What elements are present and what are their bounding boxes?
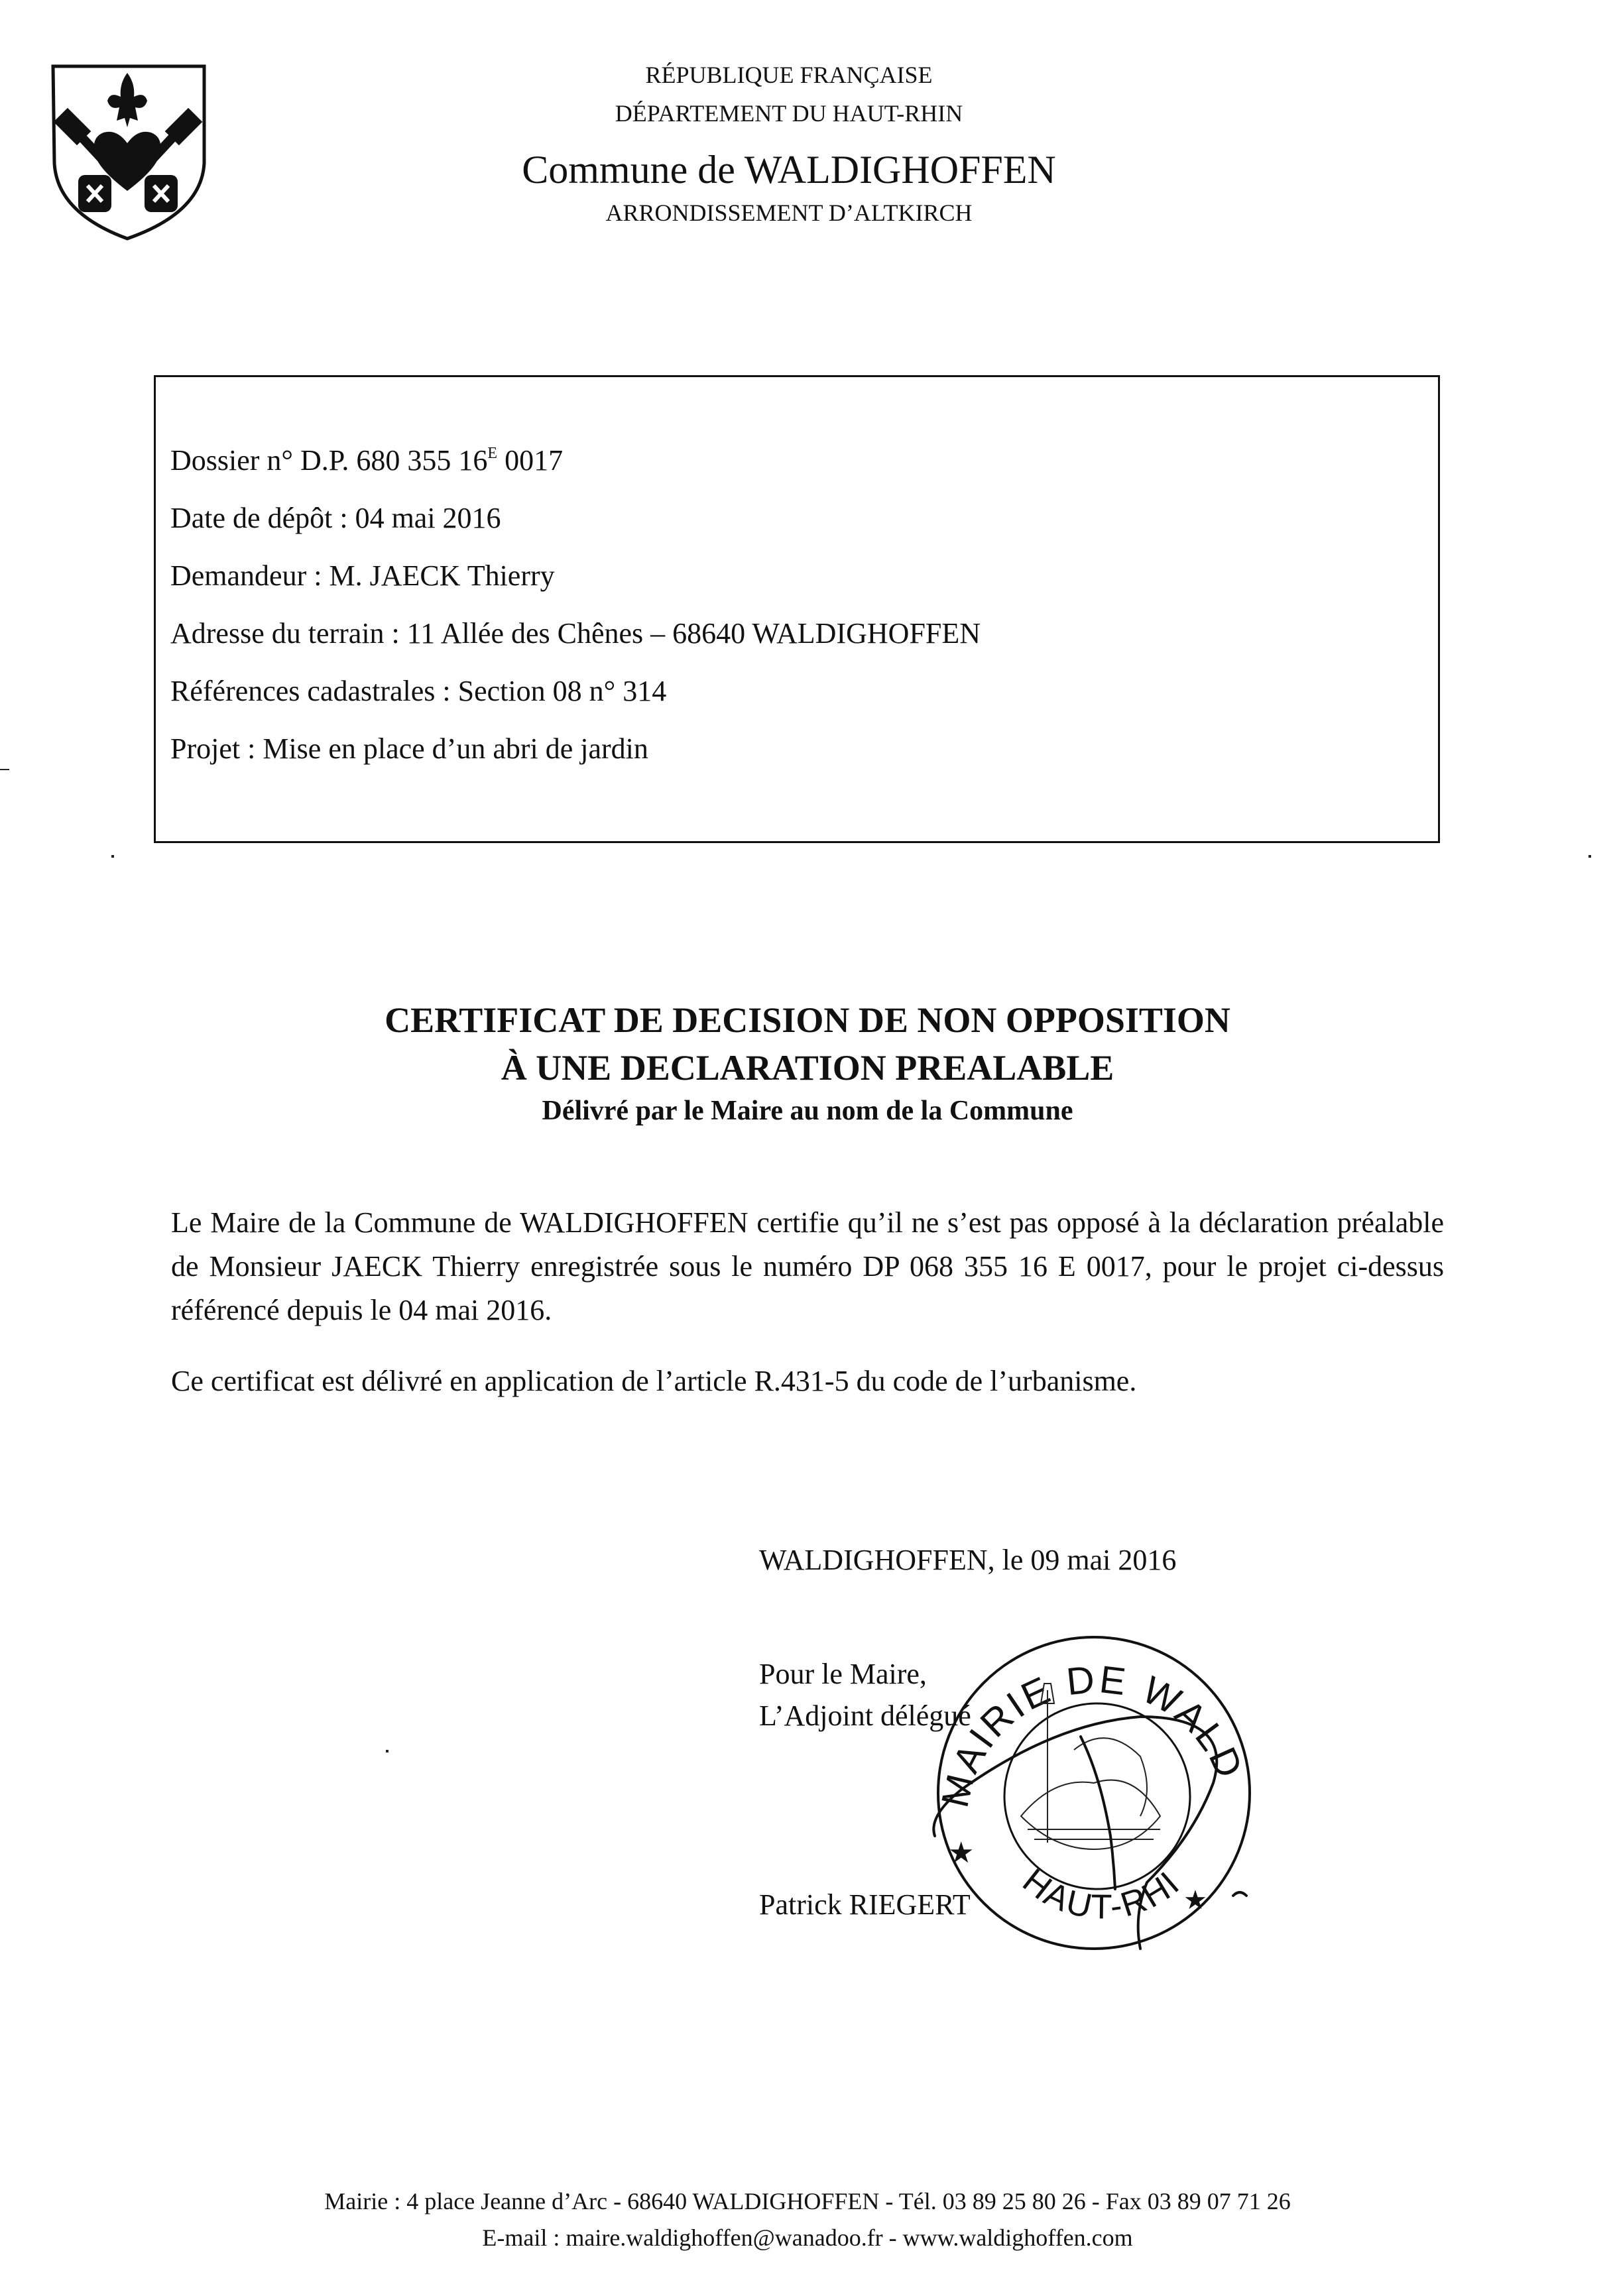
republic-label: RÉPUBLIQUE FRANÇAISE: [398, 61, 1180, 89]
footer-address-line: Mairie : 4 place Jeanne d’Arc - 68640 WA…: [0, 2187, 1615, 2215]
legal-basis-paragraph: Ce certificat est délivré en application…: [171, 1364, 1444, 1398]
star-icon: ★: [1183, 1885, 1207, 1915]
footer-contact-line: E-mail : maire.waldighoffen@wanadoo.fr -…: [0, 2224, 1615, 2252]
land-address: Adresse du terrain : 11 Allée des Chênes…: [170, 616, 981, 650]
certification-paragraph: Le Maire de la Commune de WALDIGHOFFEN c…: [171, 1201, 1444, 1332]
place-and-date: WALDIGHOFFEN, le 09 mai 2016: [759, 1543, 1176, 1577]
dossier-info-box: Dossier n° D.P. 680 355 16E 0017 Date de…: [154, 375, 1440, 843]
certificate-title-line1: CERTIFICAT DE DECISION DE NON OPPOSITION: [0, 1000, 1615, 1041]
applicant: Demandeur : M. JAECK Thierry: [170, 559, 555, 593]
certificate-title-line2: À UNE DECLARATION PREALABLE: [0, 1047, 1615, 1088]
scan-speck: [1588, 855, 1591, 858]
coat-of-arms-icon: [50, 64, 209, 241]
scan-speck: [386, 1750, 389, 1752]
dossier-number: Dossier n° D.P. 680 355 16E 0017: [170, 443, 563, 477]
official-stamp-icon: MAIRIE DE WALDIGHOFFEN HAUT-RHIN ★ ★: [922, 1617, 1266, 1962]
commune-title: Commune de WALDIGHOFFEN: [398, 147, 1180, 193]
department-label: DÉPARTEMENT DU HAUT-RHIN: [398, 99, 1180, 127]
star-icon: ★: [948, 1837, 974, 1869]
cadastral-references: Références cadastrales : Section 08 n° 3…: [170, 674, 666, 708]
arrondissement-label: ARRONDISSEMENT D’ALTKIRCH: [398, 199, 1180, 227]
project-description: Projet : Mise en place d’un abri de jard…: [170, 732, 648, 766]
scan-speck: [111, 855, 114, 858]
deposit-date: Date de dépôt : 04 mai 2016: [170, 501, 501, 535]
signatory-for: Pour le Maire,: [759, 1657, 927, 1691]
scan-speck: [0, 769, 9, 770]
certificate-subtitle: Délivré par le Maire au nom de la Commun…: [0, 1095, 1615, 1127]
